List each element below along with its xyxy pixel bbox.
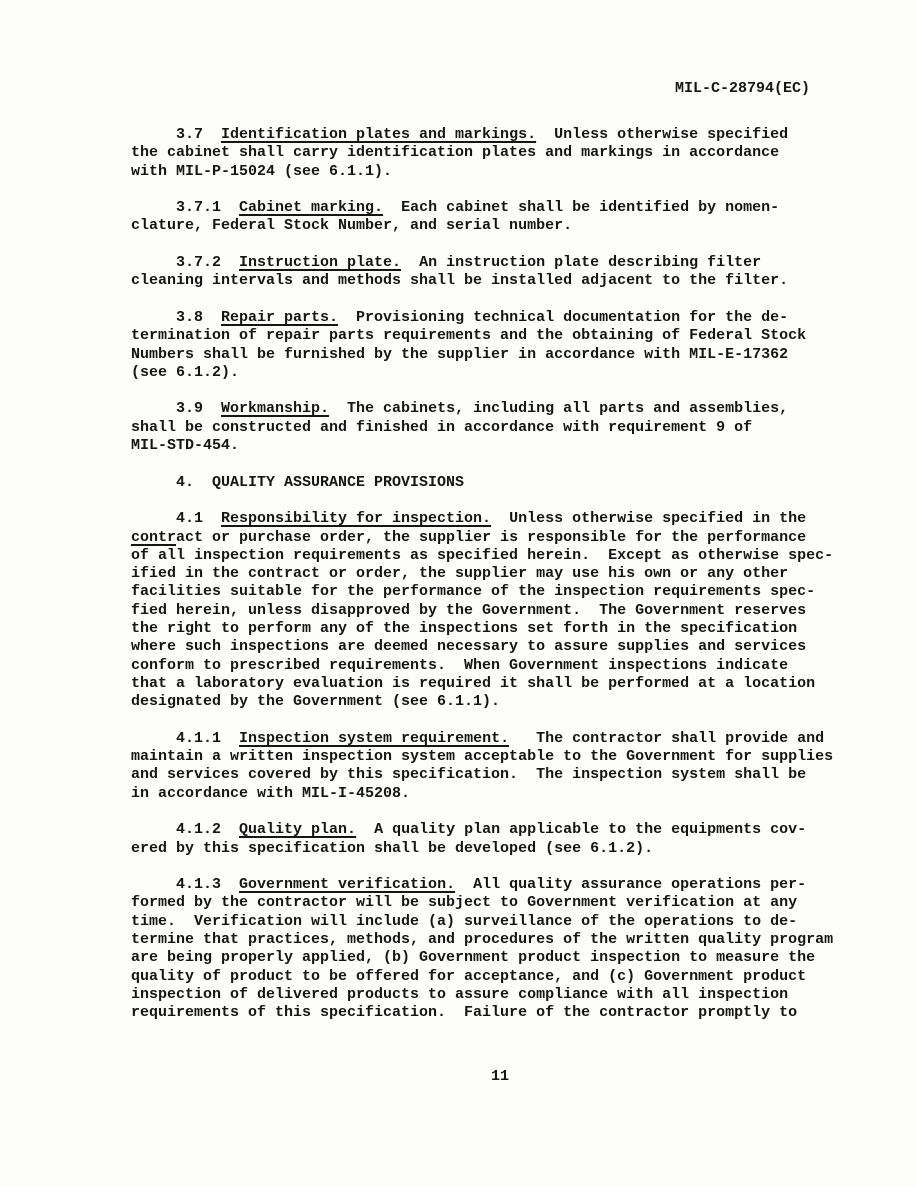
text-segment: termination of repair parts requirements… [131,327,806,344]
text-segment: clature, Federal Stock Number, and seria… [131,217,572,234]
text-segment: The contractor shall provide and [509,730,824,747]
text-line: facilities suitable for the performance … [131,583,861,601]
text-line: (see 6.1.2). [131,364,861,382]
underlined-section-title: contr [131,529,176,546]
text-segment: cleaning intervals and methods shall be … [131,272,788,289]
section-3-7: 3.7 Identification plates and markings. … [131,126,861,181]
underlined-section-title: Identification plates and markings. [221,126,536,143]
text-segment: quality of product to be offered for acc… [131,968,806,985]
text-line: cleaning intervals and methods shall be … [131,272,861,290]
text-segment: time. Verification will include (a) surv… [131,913,797,930]
underlined-section-title: Inspection system requirement. [239,730,509,747]
text-segment: requirements of this specification. Fail… [131,1004,797,1021]
text-segment: Provisioning technical documentation for… [338,309,788,326]
text-segment: 3.9 [131,400,221,417]
text-segment: with MIL-P-15024 (see 6.1.1). [131,163,392,180]
text-segment: (see 6.1.2). [131,364,239,381]
text-segment: shall be constructed and finished in acc… [131,419,752,436]
text-line: ified in the contract or order, the supp… [131,565,861,583]
text-segment: designated by the Government (see 6.1.1)… [131,693,500,710]
text-segment: The cabinets, including all parts and as… [329,400,788,417]
text-segment: Unless otherwise specified in the [491,510,806,527]
text-line: contract or purchase order, the supplier… [131,529,861,547]
text-segment: fied herein, unless disapproved by the G… [131,602,806,619]
text-line: 3.8 Repair parts. Provisioning technical… [131,309,861,327]
text-line: 4. QUALITY ASSURANCE PROVISIONS [131,474,861,492]
text-line: in accordance with MIL-I-45208. [131,785,861,803]
text-segment: Each cabinet shall be identified by nome… [383,199,779,216]
text-line: 4.1.1 Inspection system requirement. The… [131,730,861,748]
text-line: the cabinet shall carry identification p… [131,144,861,162]
section-4-1-2: 4.1.2 Quality plan. A quality plan appli… [131,821,861,858]
text-line: shall be constructed and finished in acc… [131,419,861,437]
text-line: of all inspection requirements as specif… [131,547,861,565]
text-segment: 3.7 [131,126,221,143]
text-line: 4.1.3 Government verification. All quali… [131,876,861,894]
document-body: 3.7 Identification plates and markings. … [131,126,861,1041]
text-segment: that a laboratory evaluation is required… [131,675,815,692]
text-segment: formed by the contractor will be subject… [131,894,797,911]
text-segment: in accordance with MIL-I-45208. [131,785,410,802]
section-4-heading: 4. QUALITY ASSURANCE PROVISIONS [131,474,861,492]
text-segment: 3.7.2 [131,254,239,271]
text-line: inspection of delivered products to assu… [131,986,861,1004]
text-line: MIL-STD-454. [131,437,861,455]
text-segment: 4.1.2 [131,821,239,838]
text-segment: the cabinet shall carry identification p… [131,144,779,161]
text-segment: ified in the contract or order, the supp… [131,565,788,582]
text-segment: 3.7.1 [131,199,239,216]
text-line: formed by the contractor will be subject… [131,894,861,912]
text-segment: inspection of delivered products to assu… [131,986,788,1003]
text-segment: ered by this specification shall be deve… [131,840,653,857]
text-line: conform to prescribed requirements. When… [131,657,861,675]
text-segment: 4. QUALITY ASSURANCE PROVISIONS [131,474,464,491]
text-line: with MIL-P-15024 (see 6.1.1). [131,163,861,181]
text-segment: termine that practices, methods, and pro… [131,931,833,948]
underlined-section-title: Workmanship. [221,400,329,417]
text-line: the right to perform any of the inspecti… [131,620,861,638]
text-line: 4.1.2 Quality plan. A quality plan appli… [131,821,861,839]
underlined-section-title: Government verification. [239,876,455,893]
document-id-header: MIL-C-28794(EC) [675,80,810,98]
text-line: 3.7.2 Instruction plate. An instruction … [131,254,861,272]
text-segment: where such inspections are deemed necess… [131,638,806,655]
section-4-1-3: 4.1.3 Government verification. All quali… [131,876,861,1022]
text-line: and services covered by this specificati… [131,766,861,784]
text-line: quality of product to be offered for acc… [131,968,861,986]
text-line: maintain a written inspection system acc… [131,748,861,766]
underlined-section-title: Repair parts. [221,309,338,326]
text-line: time. Verification will include (a) surv… [131,913,861,931]
text-segment: 4.1.3 [131,876,239,893]
section-3-7-1: 3.7.1 Cabinet marking. Each cabinet shal… [131,199,861,236]
section-3-8: 3.8 Repair parts. Provisioning technical… [131,309,861,382]
section-3-7-2: 3.7.2 Instruction plate. An instruction … [131,254,861,291]
text-line: termination of repair parts requirements… [131,327,861,345]
text-line: ered by this specification shall be deve… [131,840,861,858]
text-segment: and services covered by this specificati… [131,766,806,783]
text-segment: Numbers shall be furnished by the suppli… [131,346,788,363]
text-segment: 3.8 [131,309,221,326]
text-line: 3.7 Identification plates and markings. … [131,126,861,144]
text-segment: A quality plan applicable to the equipme… [356,821,806,838]
text-segment: MIL-STD-454. [131,437,239,454]
text-line: that a laboratory evaluation is required… [131,675,861,693]
text-segment: conform to prescribed requirements. When… [131,657,788,674]
document-page: MIL-C-28794(EC) 3.7 Identification plate… [0,0,917,1187]
text-segment: All quality assurance operations per- [455,876,806,893]
text-line: 3.7.1 Cabinet marking. Each cabinet shal… [131,199,861,217]
underlined-section-title: Instruction plate. [239,254,401,271]
underlined-section-title: Quality plan. [239,821,356,838]
text-segment: of all inspection requirements as specif… [131,547,833,564]
text-line: are being properly applied, (b) Governme… [131,949,861,967]
text-line: 3.9 Workmanship. The cabinets, including… [131,400,861,418]
text-line: clature, Federal Stock Number, and seria… [131,217,861,235]
text-segment: are being properly applied, (b) Governme… [131,949,815,966]
underlined-section-title: Cabinet marking. [239,199,383,216]
text-line: designated by the Government (see 6.1.1)… [131,693,861,711]
section-3-9: 3.9 Workmanship. The cabinets, including… [131,400,861,455]
text-line: fied herein, unless disapproved by the G… [131,602,861,620]
text-line: Numbers shall be furnished by the suppli… [131,346,861,364]
text-segment: the right to perform any of the inspecti… [131,620,797,637]
text-line: termine that practices, methods, and pro… [131,931,861,949]
text-line: requirements of this specification. Fail… [131,1004,861,1022]
text-segment: Unless otherwise specified [536,126,788,143]
underlined-section-title: Responsibility for inspection. [221,510,491,527]
text-segment: facilities suitable for the performance … [131,583,815,600]
text-segment: maintain a written inspection system acc… [131,748,833,765]
text-segment: 4.1 [131,510,221,527]
text-segment: An instruction plate describing filter [401,254,761,271]
text-segment: 4.1.1 [131,730,239,747]
text-segment: act or purchase order, the supplier is r… [176,529,806,546]
section-4-1: 4.1 Responsibility for inspection. Unles… [131,510,861,711]
text-line: 4.1 Responsibility for inspection. Unles… [131,510,861,528]
text-line: where such inspections are deemed necess… [131,638,861,656]
page-number: 11 [0,1068,917,1086]
section-4-1-1: 4.1.1 Inspection system requirement. The… [131,730,861,803]
